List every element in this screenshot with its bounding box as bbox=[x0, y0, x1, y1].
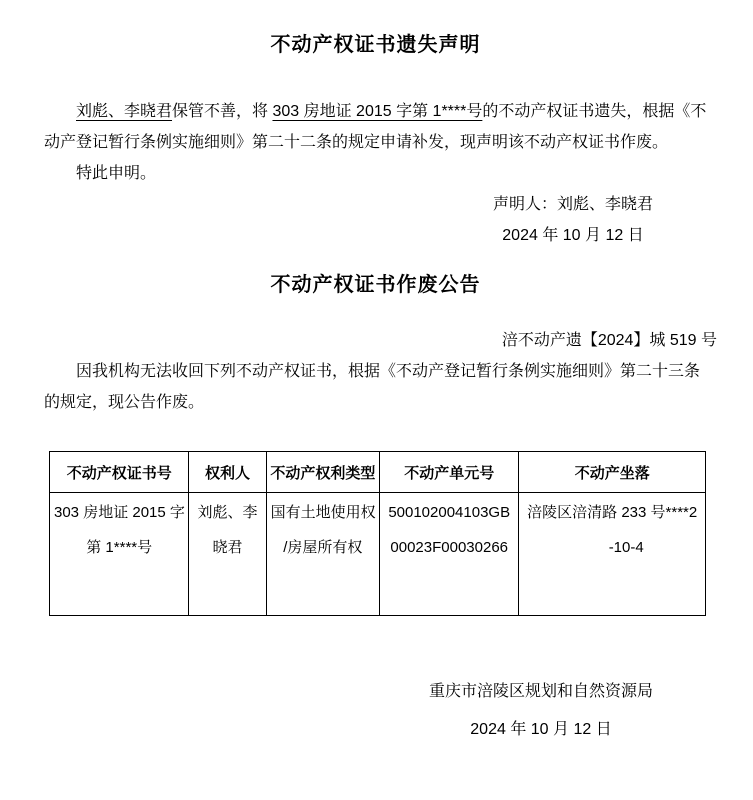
certificate-number-underlined: 303 房地证 2015 字第 1****号 bbox=[272, 103, 482, 120]
body-text-segment: 保管不善，将 bbox=[172, 103, 272, 120]
header-unit-number: 不动产单元号 bbox=[380, 452, 519, 493]
loss-declaration-body: 刘彪、李晓君保管不善，将 303 房地证 2015 字第 1****号的不动产权… bbox=[44, 96, 707, 158]
certificates-table: 不动产权证书号 权利人 不动产权利类型 不动产单元号 不动产坐落 303 房地证… bbox=[49, 451, 706, 616]
closing-statement: 特此申明。 bbox=[44, 158, 707, 189]
issue-date: 2024 年 10 月 12 日 bbox=[429, 714, 653, 745]
header-location: 不动产坐落 bbox=[519, 452, 706, 493]
header-certificate-number: 不动产权证书号 bbox=[50, 452, 189, 493]
declarant-signature-block: 声明人：刘彪、李晓君 2024 年 10 月 12 日 bbox=[493, 189, 653, 251]
cell-unit-number: 500102004103GB 00023F00030266 bbox=[380, 493, 519, 616]
issuer-name: 重庆市涪陵区规划和自然资源局 bbox=[429, 676, 653, 707]
cell-location: 涪陵区涪清路 233 号****2 -10-4 bbox=[519, 493, 706, 616]
header-rights-holder: 权利人 bbox=[189, 452, 266, 493]
declarant-line: 声明人：刘彪、李晓君 bbox=[493, 189, 653, 220]
table-header-row: 不动产权证书号 权利人 不动产权利类型 不动产单元号 不动产坐落 bbox=[50, 452, 706, 493]
cell-rights-holder: 刘彪、李 晓君 bbox=[189, 493, 266, 616]
cell-right-type: 国有土地使用权 /房屋所有权 bbox=[266, 493, 379, 616]
document-number: 涪不动产遗【2024】城 519 号 bbox=[44, 325, 717, 356]
loss-declaration-title: 不动产权证书遗失声明 bbox=[44, 30, 707, 60]
holder-names-underlined: 刘彪、李晓君 bbox=[76, 103, 172, 120]
declaration-date: 2024 年 10 月 12 日 bbox=[493, 220, 653, 251]
invalidation-notice-body: 因我机构无法收回下列不动产权证书，根据《不动产登记暂行条例实施细则》第二十三条的… bbox=[44, 356, 707, 418]
table-row: 303 房地证 2015 字 第 1****号 刘彪、李 晓君 国有土地使用权 … bbox=[50, 493, 706, 616]
cell-certificate-number: 303 房地证 2015 字 第 1****号 bbox=[50, 493, 189, 616]
document-page: 不动产权证书遗失声明 刘彪、李晓君保管不善，将 303 房地证 2015 字第 … bbox=[0, 0, 753, 745]
invalidation-notice-title: 不动产权证书作废公告 bbox=[44, 270, 707, 300]
header-right-type: 不动产权利类型 bbox=[266, 452, 379, 493]
issuer-signature-block: 重庆市涪陵区规划和自然资源局 2024 年 10 月 12 日 bbox=[429, 676, 653, 745]
